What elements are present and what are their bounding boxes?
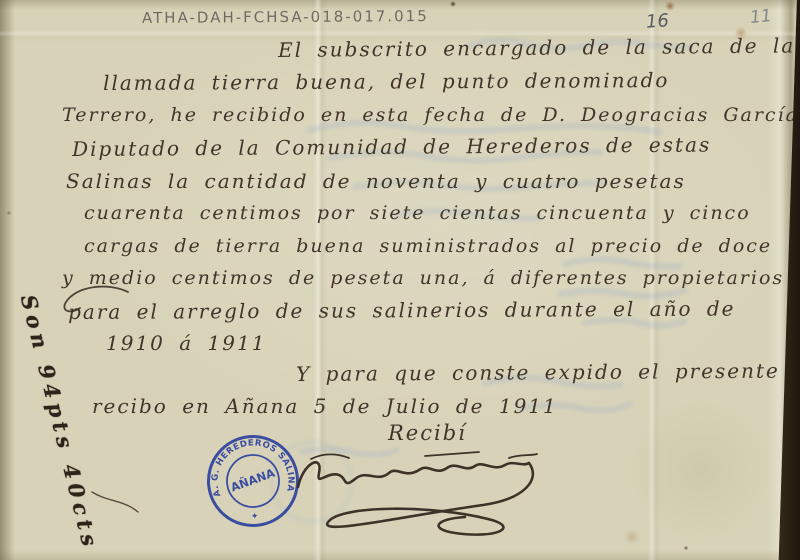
sheet-number: 11 (749, 6, 773, 28)
svg-text:A. G. HEREDEROS SALINAS: A. G. HEREDEROS SALINAS (206, 434, 297, 501)
bleedthrough-stroke (560, 290, 685, 296)
archive-code: ATHA-DAH-FCHSA-018-017.015 (142, 7, 429, 27)
herederos-salinas-stamp: A. G. HEREDEROS SALINAS AÑANA ✦ (191, 419, 314, 542)
signature-bar (509, 454, 537, 458)
stamp-ring-text: A. G. HEREDEROS SALINAS (206, 434, 297, 501)
signature-bar (425, 452, 479, 456)
bleedthrough-stroke (302, 449, 397, 455)
signature-stroke (298, 462, 529, 487)
recibi-label: Recibí (388, 423, 467, 444)
body-line: Terrero, he recibido en esta fecha de D.… (62, 106, 799, 125)
body-line: Diputado de la Comunidad de Herederos de… (72, 135, 711, 159)
margin-amount-note: Son 94pts 40cts (16, 292, 104, 553)
bleedthrough-stroke (565, 259, 680, 266)
body-line: cargas de tierra buena suministrados al … (84, 237, 772, 256)
signature-flourish (327, 463, 533, 535)
closing-line: recibo en Añana 5 de Julio de 1911 (92, 396, 558, 416)
body-line: 1910 á 1911 (106, 333, 266, 353)
scanned-receipt-page: ATHA-DAH-FCHSA-018-017.015 16 11 El subs… (0, 0, 800, 560)
body-line: para el arreglo de sus salinerios durant… (68, 299, 736, 322)
body-line: llamada tierra buena, del punto denomina… (103, 70, 669, 93)
signature-bar (311, 454, 349, 459)
body-line: cuarenta centimos por siete cientas cinc… (84, 204, 751, 223)
body-line: El subscrito encargado de la saca de la (278, 35, 795, 60)
body-line: Salinas la cantidad de noventa y cuatro … (66, 171, 686, 191)
signature (283, 447, 628, 547)
stamp-symbol: ✦ (250, 512, 259, 523)
closing-line: Y para que conste expido el presente (296, 361, 780, 384)
body-line: y medio centimos de peseta una, á difere… (62, 269, 784, 288)
folio-number: 16 (645, 10, 669, 33)
stamp-center-text: AÑANA (228, 465, 276, 495)
